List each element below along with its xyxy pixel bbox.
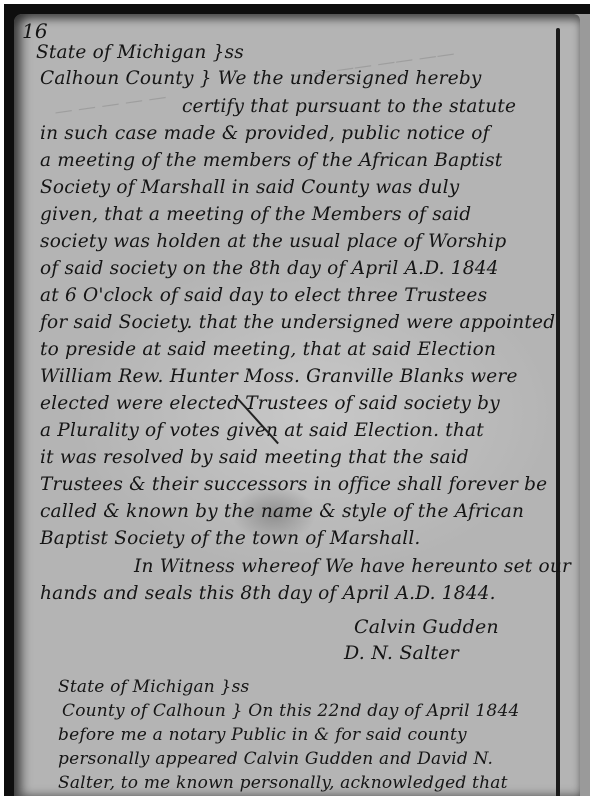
- acknowledgment-heading-state: State of Michigan }ss: [58, 674, 249, 700]
- certificate-heading-county: Calhoun County } We the undersigned here…: [40, 66, 482, 92]
- certificate-line: to preside at said meeting, that at said…: [40, 337, 496, 363]
- signature-d-n-salter: D. N. Salter: [344, 640, 459, 666]
- certificate-line: a Plurality of votes given at said Elect…: [40, 418, 484, 444]
- acknowledgment-heading-county: County of Calhoun } On this 22nd day of …: [62, 698, 519, 724]
- ledger-page: —— —— —— —— — — — — — 16 State of Michig…: [14, 14, 580, 796]
- certificate-line: for said Society. that the undersigned w…: [40, 310, 555, 336]
- certificate-heading-state: State of Michigan }ss: [36, 40, 244, 66]
- acknowledgment-line: Salter, to me known personally, acknowle…: [58, 770, 508, 796]
- page-binding-edge: [556, 28, 560, 796]
- signature-calvin-gudden: Calvin Gudden: [354, 614, 499, 640]
- certificate-line: Baptist Society of the town of Marshall.: [40, 526, 421, 552]
- certificate-line: society was holden at the usual place of…: [40, 229, 506, 255]
- certificate-line: a meeting of the members of the African …: [40, 148, 502, 174]
- certificate-line: in such case made & provided, public not…: [40, 121, 490, 147]
- certificate-line: William Rew. Hunter Moss. Granville Blan…: [40, 364, 518, 390]
- acknowledgment-line: personally appeared Calvin Gudden and Da…: [58, 746, 493, 772]
- scanned-page-frame: —— —— —— —— — — — — — 16 State of Michig…: [4, 4, 590, 796]
- witness-clause: hands and seals this 8th day of April A.…: [40, 581, 496, 607]
- certificate-line: elected were elected Trustees of said so…: [40, 391, 500, 417]
- certificate-line: called & known by the name & style of th…: [40, 499, 524, 525]
- witness-clause: In Witness whereof We have hereunto set …: [134, 554, 571, 580]
- certificate-line: Society of Marshall in said County was d…: [40, 175, 459, 201]
- certificate-line: given, that a meeting of the Members of …: [40, 202, 471, 228]
- certificate-line: certify that pursuant to the statute: [182, 94, 516, 120]
- acknowledgment-line: before me a notary Public in & for said …: [58, 722, 467, 748]
- certificate-line: at 6 O'clock of said day to elect three …: [40, 283, 487, 309]
- certificate-line: of said society on the 8th day of April …: [40, 256, 499, 282]
- certificate-line: it was resolved by said meeting that the…: [40, 445, 469, 471]
- certificate-line: Trustees & their successors in office sh…: [40, 472, 547, 498]
